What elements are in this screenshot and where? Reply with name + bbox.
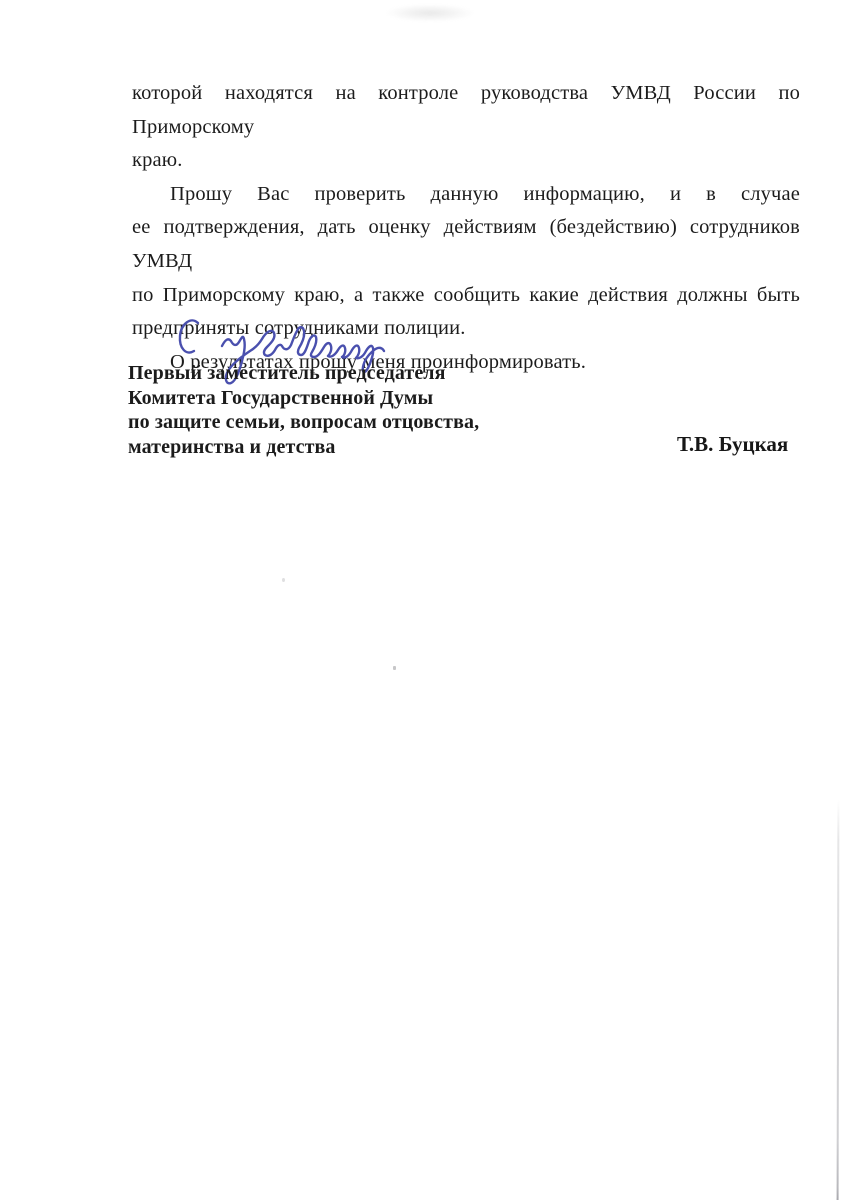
signoff-title-line: материнства и детства: [128, 435, 479, 460]
signoff-title-line: Комитета Государственной Думы: [128, 386, 479, 411]
signer-name: Т.В. Буцкая: [677, 432, 788, 457]
scanned-letter-page: которой находятся на контроле руководств…: [0, 0, 848, 1200]
body-line: Прошу Вас проверить данную информацию, и…: [132, 178, 800, 212]
scan-speck: [393, 666, 396, 670]
signoff-block: Первый заместитель председателя Комитета…: [128, 361, 479, 459]
body-line: краю.: [132, 144, 800, 178]
signoff-title-line: Первый заместитель председателя: [128, 361, 479, 386]
scan-speck: [282, 578, 285, 582]
letter-body: которой находятся на контроле руководств…: [132, 77, 800, 379]
scan-edge-line: [837, 800, 840, 1200]
body-line: которой находятся на контроле руководств…: [132, 77, 800, 144]
body-line: предприняты сотрудниками полиции.: [132, 312, 800, 346]
body-line: ее подтверждения, дать оценку действиям …: [132, 211, 800, 278]
signoff-title-line: по защите семьи, вопросам отцовства,: [128, 410, 479, 435]
scan-smudge: [385, 4, 475, 22]
body-line: по Приморскому краю, а также сообщить ка…: [132, 279, 800, 313]
